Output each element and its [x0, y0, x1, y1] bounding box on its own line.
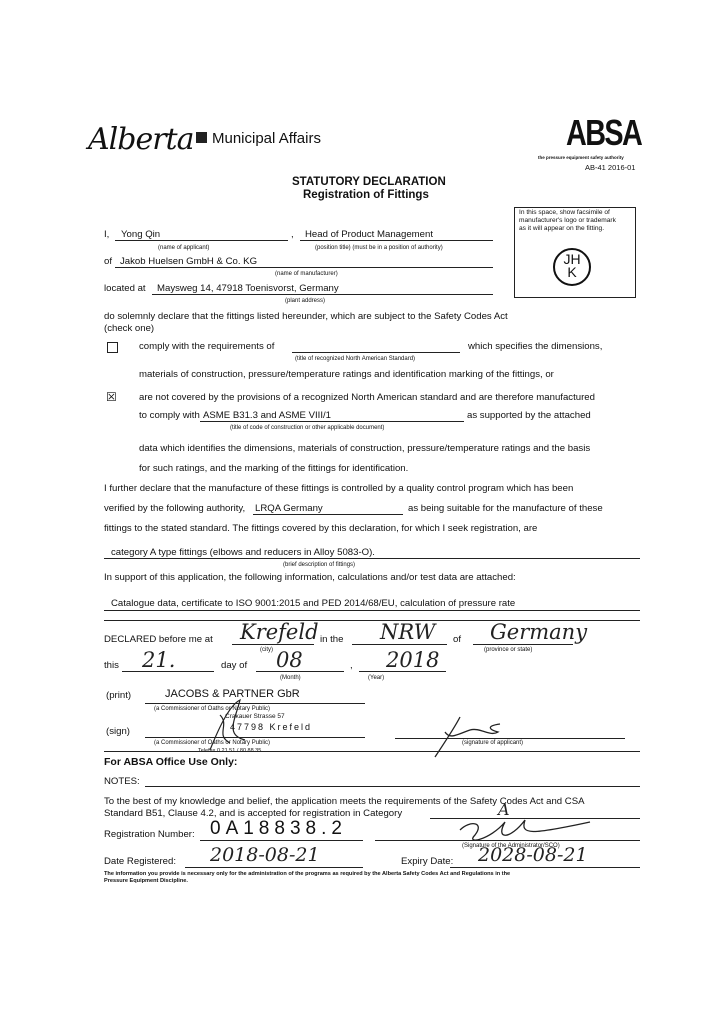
manufacturer-caption: (name of manufacturer)	[275, 271, 338, 277]
comma-2: ,	[350, 660, 353, 671]
standard-caption: (title of recognized North American Stan…	[295, 356, 415, 362]
address-caption: (plant address)	[285, 298, 325, 304]
expiry-date-label: Expiry Date:	[401, 856, 453, 867]
declared-city: Krefeld	[240, 620, 319, 644]
option1-checkbox[interactable]	[107, 342, 118, 353]
page-subtitle: Registration of Fittings	[303, 189, 429, 201]
option1-text: comply with the requirements of	[139, 341, 274, 352]
notary-signature-icon	[200, 695, 260, 755]
privacy-notice-b: Pressure Equipment Discipline.	[104, 878, 188, 884]
option2-text-e: for such ratings, and the marking of the…	[139, 463, 408, 474]
manufacturer-mark-icon: JH K	[553, 248, 591, 286]
city-caption: (city)	[260, 647, 273, 653]
fittings-description: category A type fittings (elbows and red…	[111, 547, 375, 558]
qc-text-b: verified by the following authority,	[104, 503, 245, 514]
logo-facsimile-box: In this space, show facsimile of manufac…	[514, 207, 636, 298]
code-caption: (title of code of construction or other …	[230, 425, 384, 431]
plant-address: Maysweg 14, 47918 Toenisvorst, Germany	[157, 283, 339, 294]
qc-text-d: fittings to the stated standard. The fit…	[104, 523, 537, 534]
located-label: located at	[104, 283, 146, 294]
applicant-name: Yong Qin	[121, 229, 160, 240]
year-caption: (Year)	[368, 675, 384, 681]
check-one-label: (check one)	[104, 323, 154, 334]
absa-tagline: the pressure equipment safety authority	[538, 155, 624, 160]
option2-text-b: to comply with	[139, 410, 200, 421]
option2-text-d: data which identifies the dimensions, ma…	[139, 443, 590, 454]
page-title: STATUTORY DECLARATION	[292, 176, 446, 188]
position-caption: (position title) (must be in a position …	[315, 245, 443, 251]
logo-box-instruction: In this space, show facsimile of manufac…	[519, 209, 616, 233]
print-label: (print)	[106, 690, 131, 701]
option2-text: are not covered by the provisions of a r…	[139, 392, 595, 403]
support-intro: In support of this application, the foll…	[104, 572, 516, 583]
notes-label: NOTES:	[104, 776, 140, 787]
qc-authority: LRQA Germany	[255, 503, 323, 514]
acceptance-statement-a: To the best of my knowledge and belief, …	[104, 796, 585, 807]
registration-number: 0A18838.2	[210, 818, 347, 840]
date-registered: 2018-08-21	[210, 844, 320, 866]
option2-text-c: as supported by the attached	[467, 410, 591, 421]
alberta-logo: Alberta	[88, 122, 194, 157]
expiry-date: 2028-08-21	[478, 844, 588, 866]
province-caption: (province or state)	[484, 647, 532, 653]
form-code: AB-41 2016-01	[585, 163, 635, 172]
qc-text-c: as being suitable for the manufacture of…	[408, 503, 603, 514]
declared-month: 08	[276, 648, 303, 672]
declared-day: 21.	[142, 648, 175, 672]
registration-number-label: Registration Number:	[104, 829, 195, 840]
month-caption: (Month)	[280, 675, 301, 681]
applicant-sig-caption: (signature of applicant)	[462, 740, 523, 746]
position-title: Head of Product Management	[305, 229, 433, 240]
declaration-intro: do solemnly declare that the fittings li…	[104, 311, 508, 322]
fittings-caption: (brief description of fittings)	[283, 562, 355, 568]
privacy-notice-a: The information you provide is necessary…	[104, 871, 510, 877]
date-registered-label: Date Registered:	[104, 856, 176, 867]
in-the-label: in the	[320, 634, 343, 645]
declared-label: DECLARED before me at	[104, 634, 213, 645]
name-caption: (name of applicant)	[158, 245, 209, 251]
declared-country: Germany	[490, 620, 587, 644]
applicant-signature-icon	[430, 712, 520, 762]
alberta-emblem-icon	[196, 132, 207, 143]
absa-logo: ABSA	[566, 112, 641, 154]
this-label: this	[104, 660, 119, 671]
applicant-prefix: I,	[104, 229, 109, 240]
option2-checkbox[interactable]: ☒	[106, 390, 117, 404]
option1-text-b: which specifies the dimensions,	[468, 341, 602, 352]
supporting-data: Catalogue data, certificate to ISO 9001:…	[111, 598, 515, 609]
of-label: of	[104, 256, 112, 267]
day-of-label: day of	[221, 660, 247, 671]
comma: ,	[291, 229, 294, 240]
manufacturer-name: Jakob Huelsen GmbH & Co. KG	[120, 256, 257, 267]
sign-label: (sign)	[106, 726, 130, 737]
agency-name: Municipal Affairs	[212, 130, 321, 147]
declared-province: NRW	[380, 620, 435, 644]
declared-year: 2018	[386, 648, 439, 672]
qc-text-a: I further declare that the manufacture o…	[104, 483, 573, 494]
code-of-construction: ASME B31.3 and ASME VIII/1	[203, 410, 331, 421]
of-label-2: of	[453, 634, 461, 645]
option1-text-c: materials of construction, pressure/temp…	[139, 369, 554, 380]
office-use-heading: For ABSA Office Use Only:	[104, 756, 237, 768]
